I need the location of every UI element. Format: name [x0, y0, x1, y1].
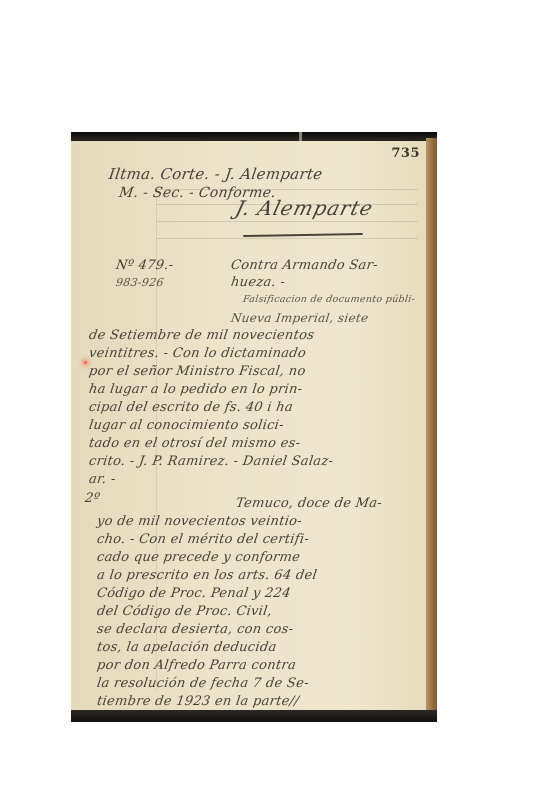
entry-reference: 983-926 — [115, 276, 165, 289]
signature: J. Alemparte — [233, 196, 376, 220]
entry-1-line: ha lugar a lo pedido en lo prin- — [88, 382, 303, 397]
book-top-shadow — [71, 132, 437, 141]
entry-1-line: lugar al conocimiento solici- — [88, 418, 285, 433]
entry-1-line: de Setiembre de mil novecientos — [88, 328, 315, 343]
entry-1-line: tado en el otrosí del mismo es- — [88, 436, 301, 451]
ruled-line — [156, 238, 418, 239]
entry-1-line: hueza. - — [230, 275, 286, 290]
entry-1-line: Contra Armando Sar- — [230, 258, 379, 273]
entry-number: Nº 479.- — [115, 258, 174, 273]
entry-2-marker: 2º — [84, 491, 101, 506]
entry-1-line: Nueva Imperial, siete — [230, 311, 369, 325]
entry-2-line: a lo prescrito en los arts. 64 del — [96, 568, 318, 583]
entry-1-line: veintitres. - Con lo dictaminado — [88, 346, 307, 361]
entry-2-line: tos, la apelación deducida — [96, 640, 278, 655]
entry-2-line: la resolución de fecha 7 de Se- — [96, 676, 310, 691]
header-line-1: Iltma. Corte. - J. Alemparte — [108, 165, 324, 183]
entry-2-line: tiembre de 1923 en la parte// — [96, 694, 300, 709]
entry-2-line: yo de mil novecientos veintio- — [96, 514, 303, 529]
entry-2-line: cado que precede y conforme — [96, 550, 301, 565]
entry-2-line: por don Alfredo Parra contra — [96, 658, 297, 673]
entry-2-line: cho. - Con el mérito del certifi- — [96, 532, 310, 547]
page-stack-edge — [426, 138, 437, 714]
entry-2-line: del Código de Proc. Civil, — [96, 604, 273, 619]
entry-1-line: cipal del escrito de fs. 40 i ha — [88, 400, 294, 415]
spine-highlight — [299, 132, 302, 141]
entry-1-line: ar. - — [88, 472, 117, 487]
page-number: 735 — [391, 146, 420, 161]
entry-2-line: Código de Proc. Penal y 224 — [96, 586, 292, 601]
light-reflection — [84, 361, 87, 364]
entry-1-line: crito. - J. P. Ramirez. - Daniel Salaz- — [88, 454, 334, 469]
signature-underline — [243, 233, 363, 237]
book-bottom-shadow — [71, 710, 437, 722]
entry-1-line: por el señor Ministro Fiscal, no — [88, 364, 307, 379]
entry-1-line: Falsificacion de documento públi- — [242, 294, 416, 305]
entry-2-line: se declara desierta, con cos- — [96, 622, 294, 637]
ruled-line — [156, 221, 418, 222]
ledger-page: 735 Iltma. Corte. - J. Alemparte M. - Se… — [71, 141, 426, 712]
ledger-photograph: 735 Iltma. Corte. - J. Alemparte M. - Se… — [71, 132, 437, 722]
entry-2-line: Temuco, doce de Ma- — [235, 496, 383, 511]
